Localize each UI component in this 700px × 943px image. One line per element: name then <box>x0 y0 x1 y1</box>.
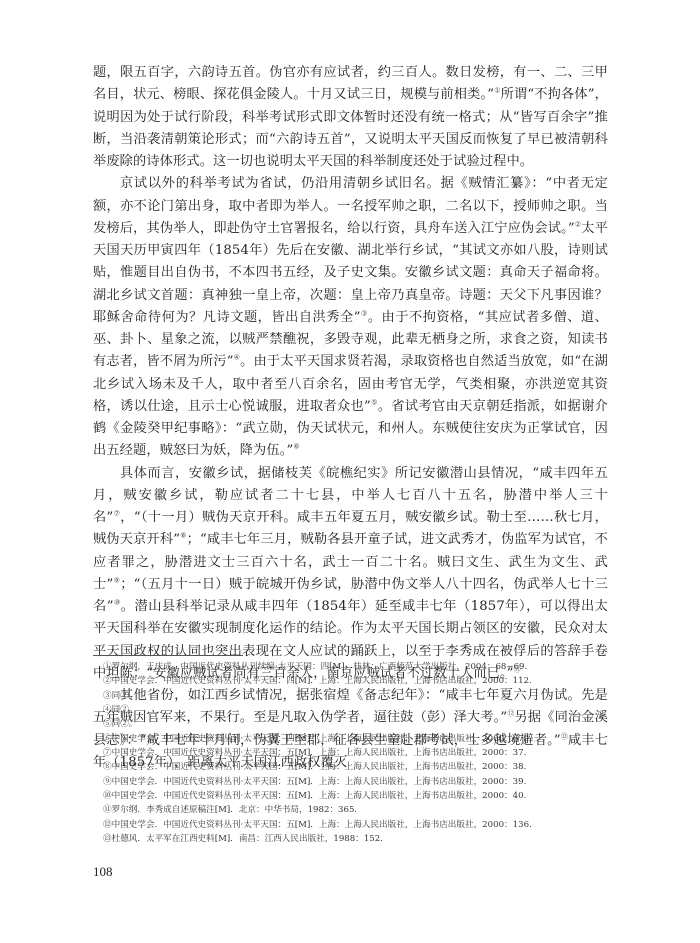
paragraph: 京试以外的科举考试为省试，仍沿用清朝乡试旧名。据《贼情汇纂》：“中者无定额，亦不… <box>93 173 608 462</box>
footnote-marker[interactable]: ⑥ <box>293 443 299 451</box>
footnote-marker[interactable]: ③ <box>361 309 368 317</box>
footnote: ⑪罗尔纲．李秀成自述原稿注[M]．北京：中华书局，1982：365. <box>103 803 608 817</box>
footnotes: ①罗尔纲，王庆成．中国近代史资料丛刊续编·太平天国：四[M]．桂林：广西师范大学… <box>103 660 608 846</box>
footnote: ④同②。 <box>103 703 608 717</box>
paragraph-text: 京试以外的科举考试为省试，仍沿用清朝乡试旧名。据《贼情汇纂》：“中者无定额，亦不… <box>93 176 608 236</box>
footnote-divider <box>93 655 243 656</box>
footnote: ⑩中国史学会．中国近代史资料丛刊·太平天国：五[M]．上海：上海人民出版社，上海… <box>103 789 608 803</box>
footnote-marker[interactable]: ⑩ <box>114 599 121 607</box>
footnote: ①罗尔纲，王庆成．中国近代史资料丛刊续编·太平天国：四[M]．桂林：广西师范大学… <box>103 660 608 674</box>
footnote: ⑧中国史学会．中国近代史资料丛刊·太平天国：五[M]．上海：上海人民出版社，上海… <box>103 760 608 774</box>
page-number: 108 <box>93 864 113 880</box>
footnote: ⑬杜德风．太平军在江西史料[M]．南昌：江西人民出版社，1988：152. <box>103 832 608 846</box>
footnote: ⑤同②。 <box>103 717 608 731</box>
footnote: ⑥中国史学会．中国近代史资料丛刊·太平天国：四[M]．上海：上海人民出版社，上海… <box>103 732 608 746</box>
footnote: ③同②。 <box>103 689 608 703</box>
paragraph: 具体而言，安徽乡试，据储枝芙《皖樵纪实》所记安徽潜山县情况，“咸丰四年五月，贼安… <box>93 463 608 686</box>
footnote: ⑦中国史学会．中国近代史资料丛刊·太平天国：五[M]．上海：上海人民出版社，上海… <box>103 746 608 760</box>
footnote: ⑨中国史学会．中国近代史资料丛刊·太平天国：五[M]．上海：上海人民出版社，上海… <box>103 775 608 789</box>
paragraph: 题，限五百字，六韵诗五首。伪官亦有应试者，约三百人。数日发榜，有一、二、三甲名目… <box>93 62 608 173</box>
footnote: ⑫中国史学会．中国近代史资料丛刊·太平天国：五[M]．上海：上海人民出版社，上海… <box>103 818 608 832</box>
footnote: ②中国史学会．中国近代史资料丛刊·太平天国：四[M]．上海：上海人民出版社，上海… <box>103 674 608 688</box>
footnote-marker[interactable]: ⑤ <box>371 398 378 406</box>
